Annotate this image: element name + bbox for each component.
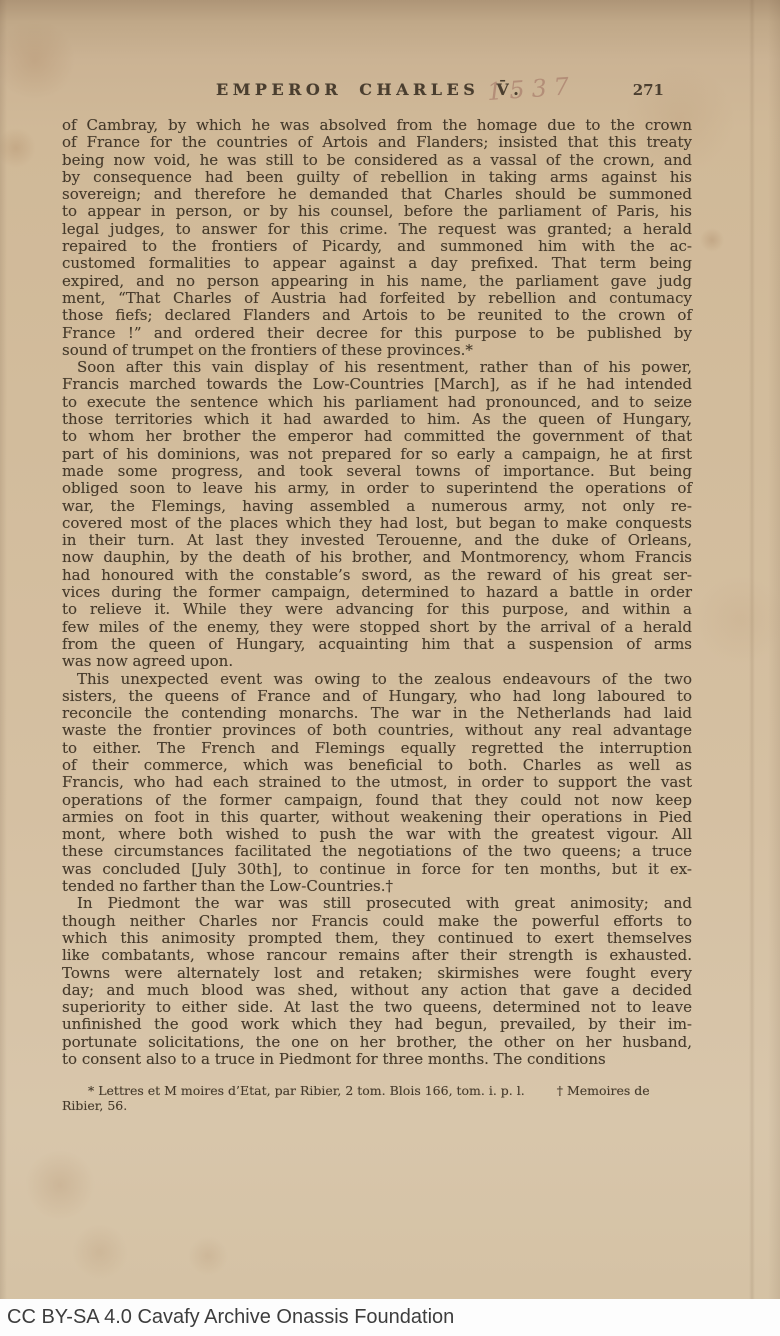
text-line: being now void, he was still to be consi… xyxy=(62,152,692,169)
text-line: France !” and ordered their decree for t… xyxy=(62,325,692,342)
text-line: Soon after this vain display of his rese… xyxy=(62,359,692,376)
text-line: This unexpected event was owing to the z… xyxy=(62,671,692,688)
text-line: reconcile the contending monarchs. The w… xyxy=(62,705,692,722)
text-line: was concluded [July 30th], to continue i… xyxy=(62,861,692,878)
text-line: to consent also to a truce in Piedmont f… xyxy=(62,1051,692,1068)
text-line: of Cambray, by which he was absolved fro… xyxy=(62,117,692,134)
text-line: by consequence had been guilty of rebell… xyxy=(62,169,692,186)
handwritten-year-annotation: 1537 xyxy=(486,72,577,106)
text-line: portunate solicitations, the one on her … xyxy=(62,1034,692,1051)
text-line: to execute the sentence which his parlia… xyxy=(62,394,692,411)
text-line: sisters, the queens of France and of Hun… xyxy=(62,688,692,705)
text-line: Francis marched towards the Low-Countrie… xyxy=(62,376,692,393)
page-number: 271 xyxy=(633,81,664,99)
text-line: to either. The French and Flemings equal… xyxy=(62,740,692,757)
text-line: repaired to the frontiers of Picardy, an… xyxy=(62,238,692,255)
text-line: superiority to either side. At last the … xyxy=(62,999,692,1016)
text-line: armies on foot in this quarter, without … xyxy=(62,809,692,826)
text-line: few miles of the enemy, they were stoppe… xyxy=(62,619,692,636)
text-line: of their commerce, which was beneficial … xyxy=(62,757,692,774)
text-line: obliged soon to leave his army, in order… xyxy=(62,480,692,497)
text-line: Francis, who had each strained to the ut… xyxy=(62,774,692,791)
text-line: to relieve it. While they were advancing… xyxy=(62,601,692,618)
text-line: tended no farther than the Low-Countries… xyxy=(62,878,692,895)
license-caption-bar: CC BY-SA 4.0 Cavafy Archive Onassis Foun… xyxy=(0,1299,780,1336)
running-head-title: EMPEROR CHARLES V̄. xyxy=(216,80,523,99)
text-line: legal judges, to answer for this crime. … xyxy=(62,221,692,238)
text-line: In Piedmont the war was still prosecuted… xyxy=(62,895,692,912)
text-line: customed formalities to appear against a… xyxy=(62,255,692,272)
text-line: waste the frontier provinces of both cou… xyxy=(62,722,692,739)
text-line: of France for the countries of Artois an… xyxy=(62,134,692,151)
text-line: expired, and no person appearing in his … xyxy=(62,273,692,290)
text-line: vices during the former campaign, determ… xyxy=(62,584,692,601)
paragraph: This unexpected event was owing to the z… xyxy=(62,671,692,896)
footnote-line-2: Ribier, 56. xyxy=(62,1099,692,1114)
text-line: now dauphin, by the death of his brother… xyxy=(62,549,692,566)
text-line: had honoured with the constable’s sword,… xyxy=(62,567,692,584)
text-line: day; and much blood was shed, without an… xyxy=(62,982,692,999)
footnote-line-1: * Lettres et M moires d’Etat, par Ribier… xyxy=(62,1084,692,1099)
paragraph: Soon after this vain display of his rese… xyxy=(62,359,692,670)
text-line: those territories which it had awarded t… xyxy=(62,411,692,428)
text-line: those fiefs; declared Flanders and Artoi… xyxy=(62,307,692,324)
text-line: made some progress, and took several tow… xyxy=(62,463,692,480)
footnote-asterisk-text: * Lettres et M moires d’Etat, par Ribier… xyxy=(62,1084,525,1099)
text-line: to whom her brother the emperor had comm… xyxy=(62,428,692,445)
text-line: operations of the former campaign, found… xyxy=(62,792,692,809)
text-line: in their turn. At last they invested Ter… xyxy=(62,532,692,549)
text-line: was now agreed upon. xyxy=(62,653,692,670)
text-line: unfinished the good work which they had … xyxy=(62,1016,692,1033)
text-line: covered most of the places which they ha… xyxy=(62,515,692,532)
scanned-book-page: EMPEROR CHARLES V̄. 1537 271 of Cambray,… xyxy=(0,0,780,1336)
footnote-dagger-text: † Memoires de xyxy=(557,1084,650,1099)
text-line: these circumstances facilitated the nego… xyxy=(62,843,692,860)
page-header: EMPEROR CHARLES V̄. 1537 271 xyxy=(62,80,692,104)
text-line: to appear in person, or by his counsel, … xyxy=(62,203,692,220)
footnote-block: * Lettres et M moires d’Etat, par Ribier… xyxy=(62,1084,692,1113)
license-caption-text: CC BY-SA 4.0 Cavafy Archive Onassis Foun… xyxy=(7,1306,454,1329)
text-line: part of his dominions, was not prepared … xyxy=(62,446,692,463)
text-line: sovereign; and therefore he demanded tha… xyxy=(62,186,692,203)
text-line: ment, “That Charles of Austria had forfe… xyxy=(62,290,692,307)
text-line: mont, where both wished to push the war … xyxy=(62,826,692,843)
text-line: from the queen of Hungary, acquainting h… xyxy=(62,636,692,653)
text-line: which this animosity prompted them, they… xyxy=(62,930,692,947)
text-line: like combatants, whose rancour remains a… xyxy=(62,947,692,964)
text-line: Towns were alternately lost and retaken;… xyxy=(62,965,692,982)
text-line: war, the Flemings, having assembled a nu… xyxy=(62,498,692,515)
text-line: though neither Charles nor Francis could… xyxy=(62,913,692,930)
paragraph: In Piedmont the war was still prosecuted… xyxy=(62,895,692,1068)
paragraph: of Cambray, by which he was absolved fro… xyxy=(62,117,692,359)
text-line: sound of trumpet on the frontiers of the… xyxy=(62,342,692,359)
page-body-text: of Cambray, by which he was absolved fro… xyxy=(62,117,692,1068)
